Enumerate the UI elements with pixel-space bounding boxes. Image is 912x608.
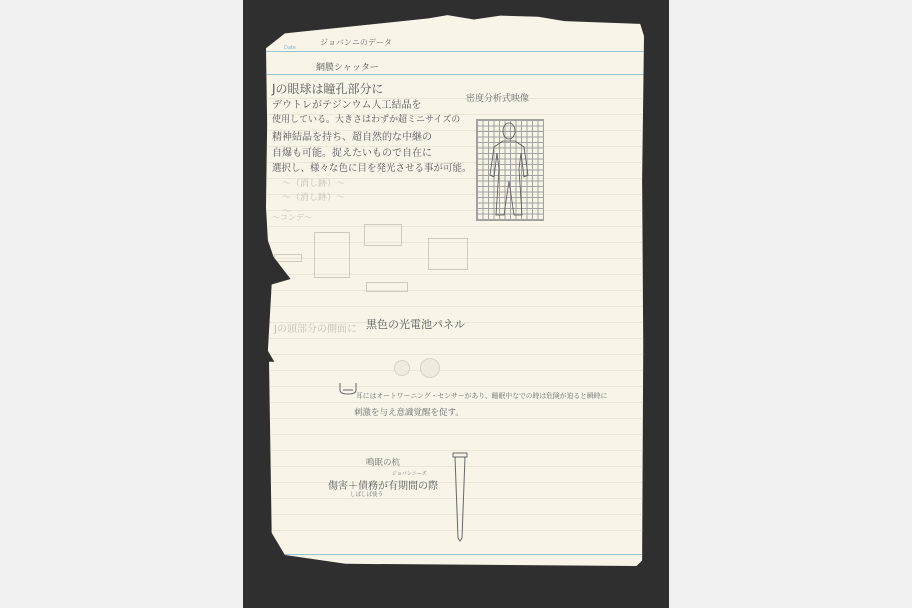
- notebook-page: Date ジョバンニのデータ 網膜シャッター Jの眼球は瞳孔部分に デウトレがテ…: [266, 14, 644, 566]
- eraser-smudge: [394, 360, 410, 376]
- header-rule: [266, 51, 644, 52]
- figure-caption: 密度分析式映像: [466, 91, 529, 104]
- line-rule: [266, 434, 644, 435]
- ear-sensor-icon: [338, 382, 358, 396]
- stake-title: 鳴眠の杭: [366, 456, 400, 468]
- erased-line: Jの頭部分の側面に: [274, 320, 357, 335]
- warning-note-line: 刺激を与え意識覚醒を促す。: [354, 406, 464, 418]
- eraser-smudge: [420, 358, 440, 378]
- header-rule: [266, 74, 644, 75]
- stake-drawing-icon: [452, 452, 468, 542]
- line-rule: [266, 338, 644, 339]
- date-label: Date: [284, 45, 296, 51]
- note-line: Jの眼球は瞳孔部分に: [272, 80, 384, 97]
- line-rule: [266, 210, 644, 211]
- line-rule: [266, 354, 644, 355]
- line-rule: [266, 402, 644, 403]
- device-sketch: [364, 224, 402, 246]
- device-sketch: [274, 254, 302, 262]
- stake-note: しばしば使う: [350, 490, 383, 498]
- sketch-label: 〜コンデ〜: [272, 212, 312, 223]
- human-figure-icon: [476, 119, 542, 219]
- line-rule: [266, 418, 644, 419]
- line-rule: [266, 306, 644, 307]
- note-line: 使用している。大きさはわずか超ミニサイズの: [272, 112, 460, 125]
- solar-panel-note: 黒色の光電池パネル: [366, 316, 465, 332]
- line-rule: [266, 290, 644, 291]
- device-sketch: [314, 232, 350, 278]
- note-line: 精神結晶を持ち、超自然的な中継の: [272, 128, 432, 143]
- line-rule: [266, 226, 644, 227]
- footer-rule: [266, 554, 644, 555]
- device-sketch: [428, 238, 468, 270]
- note-line: デウトレがテジンウム人工結晶を: [272, 96, 421, 111]
- note-line: 選択し、様々な色に目を発光させる事が可能。: [272, 160, 472, 174]
- line-rule: [266, 370, 644, 371]
- page-subtitle: 網膜シャッター: [316, 60, 379, 73]
- device-sketch: [366, 282, 408, 292]
- stake-ruby: ジョバンニーズ: [392, 470, 427, 477]
- erased-line: 〜（消し跡）〜: [282, 176, 345, 189]
- warning-note-line: 耳にはオートワーニング・センサーがあり、睡眠中なでの時は危険が迫ると瞬時に: [356, 390, 607, 400]
- line-rule: [266, 386, 644, 387]
- erased-line: 〜（消し跡）〜: [282, 190, 345, 203]
- page-title: ジョバンニのデータ: [320, 37, 392, 48]
- note-line: 自爆も可能。捉えたいもので自在に: [272, 144, 432, 159]
- line-rule: [266, 450, 644, 451]
